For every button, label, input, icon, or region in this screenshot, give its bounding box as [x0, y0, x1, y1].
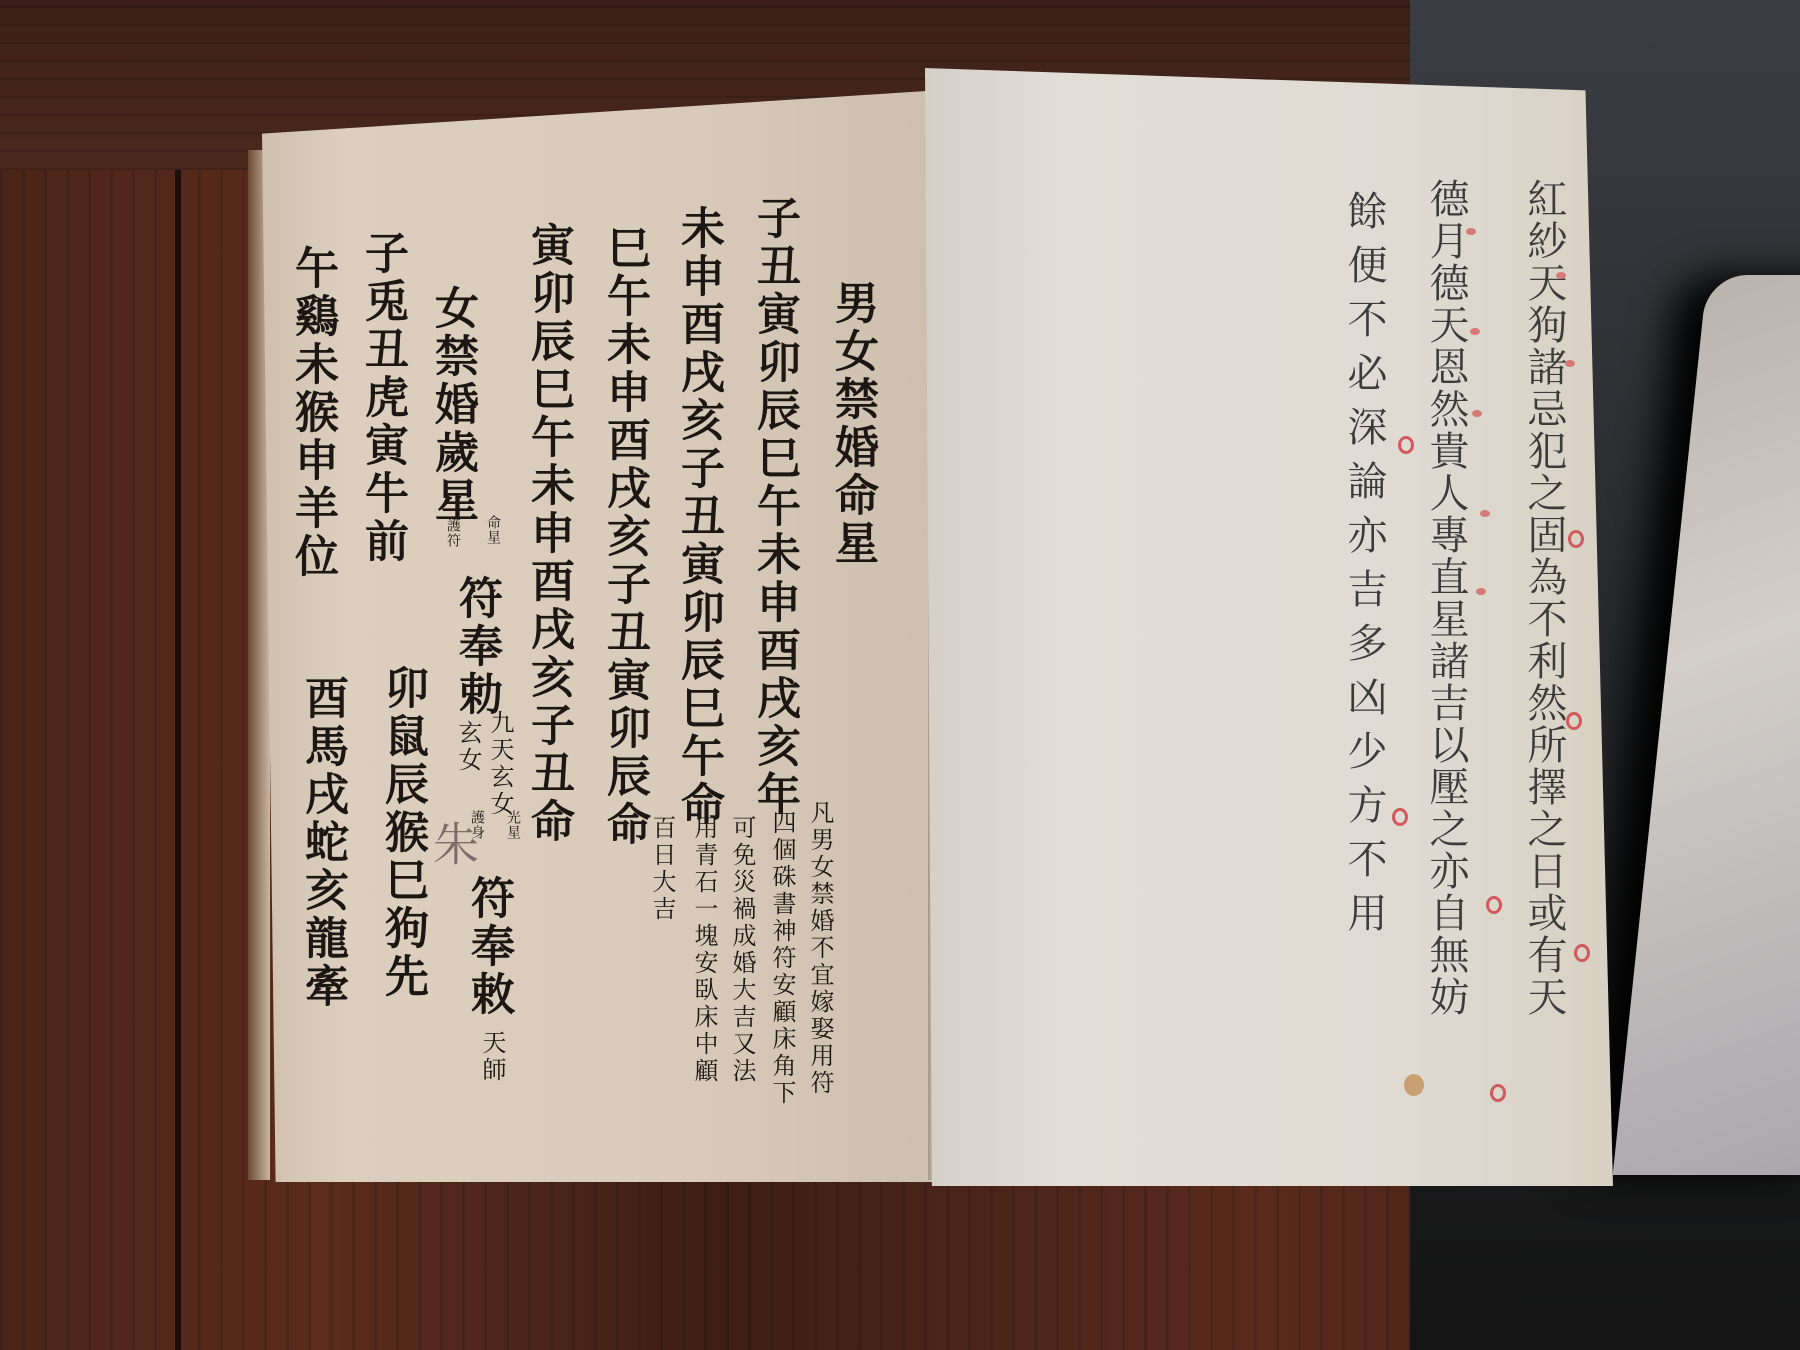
page-title: 男女禁婚命星	[830, 280, 874, 568]
right-column-3: 餘便不必深論亦吉多凶少方不用	[1344, 190, 1384, 946]
red-seal-mark	[1392, 808, 1408, 826]
red-seal-mark	[1568, 530, 1584, 548]
red-seal-mark	[1486, 896, 1502, 914]
red-seal-mark	[1566, 712, 1582, 730]
note-line-1: 凡男女禁婚不宜嫁娶用符	[808, 800, 832, 1097]
paper-stain	[1404, 1074, 1424, 1096]
zodiac-col-1-top: 子兎丑虎寅牛前	[360, 230, 404, 566]
female-heading: 女禁婚歲星	[430, 285, 474, 525]
zodiac-col-1-bottom: 卯鼠辰猴巳狗先	[380, 665, 424, 1001]
punctuation-dot	[1565, 360, 1575, 367]
punctuation-dot	[1476, 588, 1486, 595]
right-page	[925, 68, 1613, 1186]
note-line-2: 四個硃書神符安顧床角下	[770, 810, 794, 1107]
red-seal-mark	[1398, 436, 1414, 454]
punctuation-dot	[1480, 510, 1490, 517]
talisman-1-glyph: 九天玄女	[488, 710, 512, 818]
zodiac-col-2-top: 午鷄未猴申羊位	[290, 245, 334, 581]
overwrite-mark: 朱	[430, 820, 476, 870]
male-row-1: 子丑寅卯辰巳午未申酉戌亥年	[752, 195, 796, 819]
female-heading-note-top: 命星	[486, 515, 500, 545]
red-seal-mark	[1490, 1084, 1506, 1102]
note-line-5: 百日大吉	[650, 815, 674, 923]
talisman-1-note: 玄女	[456, 720, 480, 774]
right-column-2: 德月德天恩然貴人專直星諸吉以壓之亦自無妨	[1426, 178, 1466, 1018]
punctuation-dot	[1472, 410, 1482, 417]
punctuation-dot	[1466, 228, 1476, 235]
male-row-2: 未申酉戌亥子丑寅卯辰巳午命	[676, 205, 720, 829]
note-line-4: 用青石一塊安臥床中顧	[692, 815, 716, 1085]
talisman-2: 符奉敕	[466, 875, 510, 1019]
talisman-2-glyph: 天師	[480, 1030, 504, 1084]
table-seam	[175, 170, 181, 1350]
talisman-1: 符奉勅	[454, 575, 498, 719]
male-row-3: 巳午未申酉戌亥子丑寅卯辰命	[602, 225, 646, 849]
punctuation-dot	[1556, 272, 1566, 279]
female-heading-note-bottom: 護符	[446, 518, 460, 548]
talisman-2-note-right: 光星	[506, 810, 520, 840]
male-row-4: 寅卯辰巳午未申酉戌亥子丑命	[526, 222, 570, 846]
punctuation-dot	[1470, 328, 1480, 335]
note-line-3: 可免災禍成婚大吉又法	[730, 815, 754, 1085]
red-seal-mark	[1574, 944, 1590, 962]
right-column-1: 紅紗天狗諸忌犯之固為不利然所擇之日或有天	[1524, 178, 1564, 1018]
zodiac-col-2-bottom: 酉馬戌蛇亥龍牽	[300, 675, 344, 1011]
